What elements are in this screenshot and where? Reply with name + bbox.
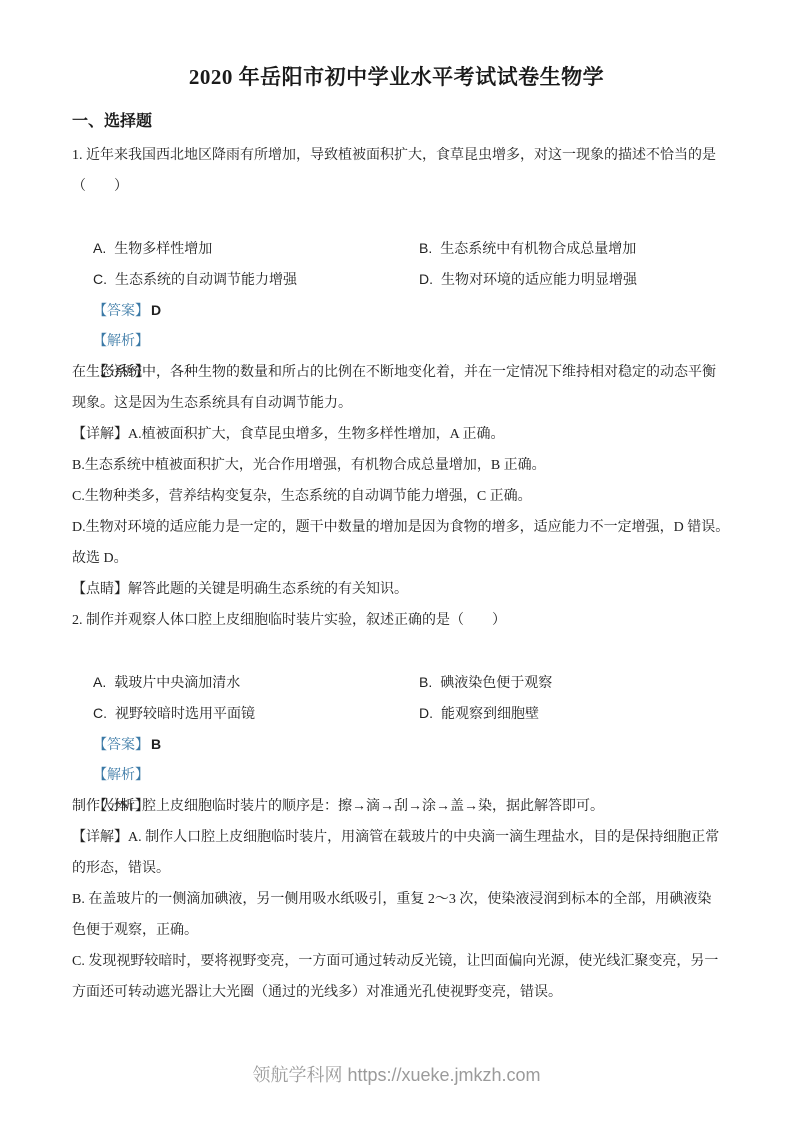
- q1-detail-line3: C.生物种类多，营养结构变复杂，生态系统的自动调节能力增强，C 正确。: [72, 481, 723, 512]
- jiexi-label: 【解析】: [93, 334, 149, 349]
- q1-dianjing-line: 【点睛】解答此题的关键是明确生态系统的有关知识。: [72, 574, 723, 605]
- q1-option-d-letter: D.: [419, 271, 433, 287]
- q2-stem-line: 2. 制作并观察人体口腔上皮细胞临时装片实验，叙述正确的是（ ）: [72, 605, 723, 636]
- q2-jiexi-line: 【解析】: [72, 729, 723, 760]
- q2-answer-value: B: [151, 736, 161, 752]
- q2-option-b-text: 碘液染色便于观察: [440, 676, 552, 691]
- q1-answer-value: D: [151, 302, 161, 318]
- q1-option-d-text: 生物对环境的适应能力明显增强: [441, 273, 637, 288]
- q1-option-b-text: 生态系统中有机物合成总量增加: [440, 242, 636, 257]
- exam-paper-page: 2020 年岳阳市初中学业水平考试试卷生物学 一、选择题 1. 近年来我国西北地…: [0, 0, 793, 1122]
- q2-option-b-letter: B.: [419, 674, 432, 690]
- q2-option-c: C.视野较暗时选用平面镜: [93, 698, 419, 730]
- q2-option-a-letter: A.: [93, 674, 106, 690]
- q2-detail-line4: 色便于观察，正确。: [72, 915, 723, 946]
- q2-options-row-ab: A.载玻片中央滴加清水B.碘液染色便于观察: [72, 636, 723, 667]
- q1-analysis-line2: 现象。这是因为生态系统具有自动调节能力。: [72, 388, 723, 419]
- q1-detail-line5: 故选 D。: [72, 543, 723, 574]
- q2-option-c-text: 视野较暗时选用平面镜: [115, 707, 255, 722]
- q2-option-d-letter: D.: [419, 705, 433, 721]
- q2-option-a: A.载玻片中央滴加清水: [93, 667, 419, 699]
- q1-option-d: D.生物对环境的适应能力明显增强: [419, 264, 637, 296]
- q1-option-a-text: 生物多样性增加: [114, 242, 212, 257]
- q2-detail-line6: 方面还可转动遮光器让大光圈（通过的光线多）对准通光孔使视野变亮，错误。: [72, 977, 723, 1008]
- q1-option-c-text: 生态系统的自动调节能力增强: [115, 273, 297, 288]
- page-title: 2020 年岳阳市初中学业水平考试试卷生物学: [0, 0, 793, 92]
- q2-analysis-line1: 制作人体口腔上皮细胞临时装片的顺序是：擦→滴→刮→涂→盖→染，据此解答即可。: [72, 791, 723, 822]
- q2-option-b: B.碘液染色便于观察: [419, 667, 552, 699]
- q1-option-a-letter: A.: [93, 240, 106, 256]
- q2-fenxi-line: 【分析】: [72, 760, 723, 791]
- q1-detail-line1: 【详解】A.植被面积扩大，食草昆虫增多，生物多样性增加，A 正确。: [72, 419, 723, 450]
- q1-option-b-letter: B.: [419, 240, 432, 256]
- q1-jiexi-line: 【解析】: [72, 295, 723, 326]
- q2-detail-line5: C. 发现视野较暗时，要将视野变亮，一方面可通过转动反光镜，让凹面偏向光源，使光…: [72, 946, 723, 977]
- answer-label: 【答案】: [93, 304, 149, 319]
- q2-option-c-letter: C.: [93, 705, 107, 721]
- exam-body: 1. 近年来我国西北地区降雨有所增加，导致植被面积扩大，食草昆虫增多，对这一现象…: [72, 140, 723, 1008]
- q1-option-b: B.生态系统中有机物合成总量增加: [419, 233, 636, 265]
- q1-fenxi-line: 【分析】: [72, 326, 723, 357]
- q1-option-c: C.生态系统的自动调节能力增强: [93, 264, 419, 296]
- q2-detail-line3: B. 在盖玻片的一侧滴加碘液，另一侧用吸水纸吸引，重复 2～3 次，使染液浸润到…: [72, 884, 723, 915]
- q1-analysis-line1: 在生态系统中，各种生物的数量和所占的比例在不断地变化着，并在一定情况下维持相对稳…: [72, 357, 723, 388]
- q1-detail-line4: D.生物对环境的适应能力是一定的，题干中数量的增加是因为食物的增多，适应能力不一…: [72, 512, 723, 543]
- jiexi-label: 【解析】: [93, 768, 149, 783]
- q1-options-row-ab: A.生物多样性增加B.生态系统中有机物合成总量增加: [72, 202, 723, 233]
- q2-detail-line1: 【详解】A. 制作人口腔上皮细胞临时装片，用滴管在载玻片的中央滴一滴生理盐水，目…: [72, 822, 723, 853]
- q2-option-d-text: 能观察到细胞壁: [441, 707, 539, 722]
- q2-option-a-text: 载玻片中央滴加清水: [114, 676, 240, 691]
- q1-option-c-letter: C.: [93, 271, 107, 287]
- section-heading: 一、选择题: [72, 110, 793, 134]
- answer-label: 【答案】: [93, 738, 149, 753]
- q1-stem-line1: 1. 近年来我国西北地区降雨有所增加，导致植被面积扩大，食草昆虫增多，对这一现象…: [72, 140, 723, 171]
- q1-detail-line2: B.生态系统中植被面积扩大，光合作用增强，有机物合成总量增加，B 正确。: [72, 450, 723, 481]
- q2-detail-line2: 的形态，错误。: [72, 853, 723, 884]
- q1-stem-parens: （ ）: [72, 171, 723, 202]
- q2-option-d: D.能观察到细胞壁: [419, 698, 539, 730]
- site-watermark: 领航学科网 https://xueke.jmkzh.com: [0, 1062, 793, 1088]
- q1-option-a: A.生物多样性增加: [93, 233, 419, 265]
